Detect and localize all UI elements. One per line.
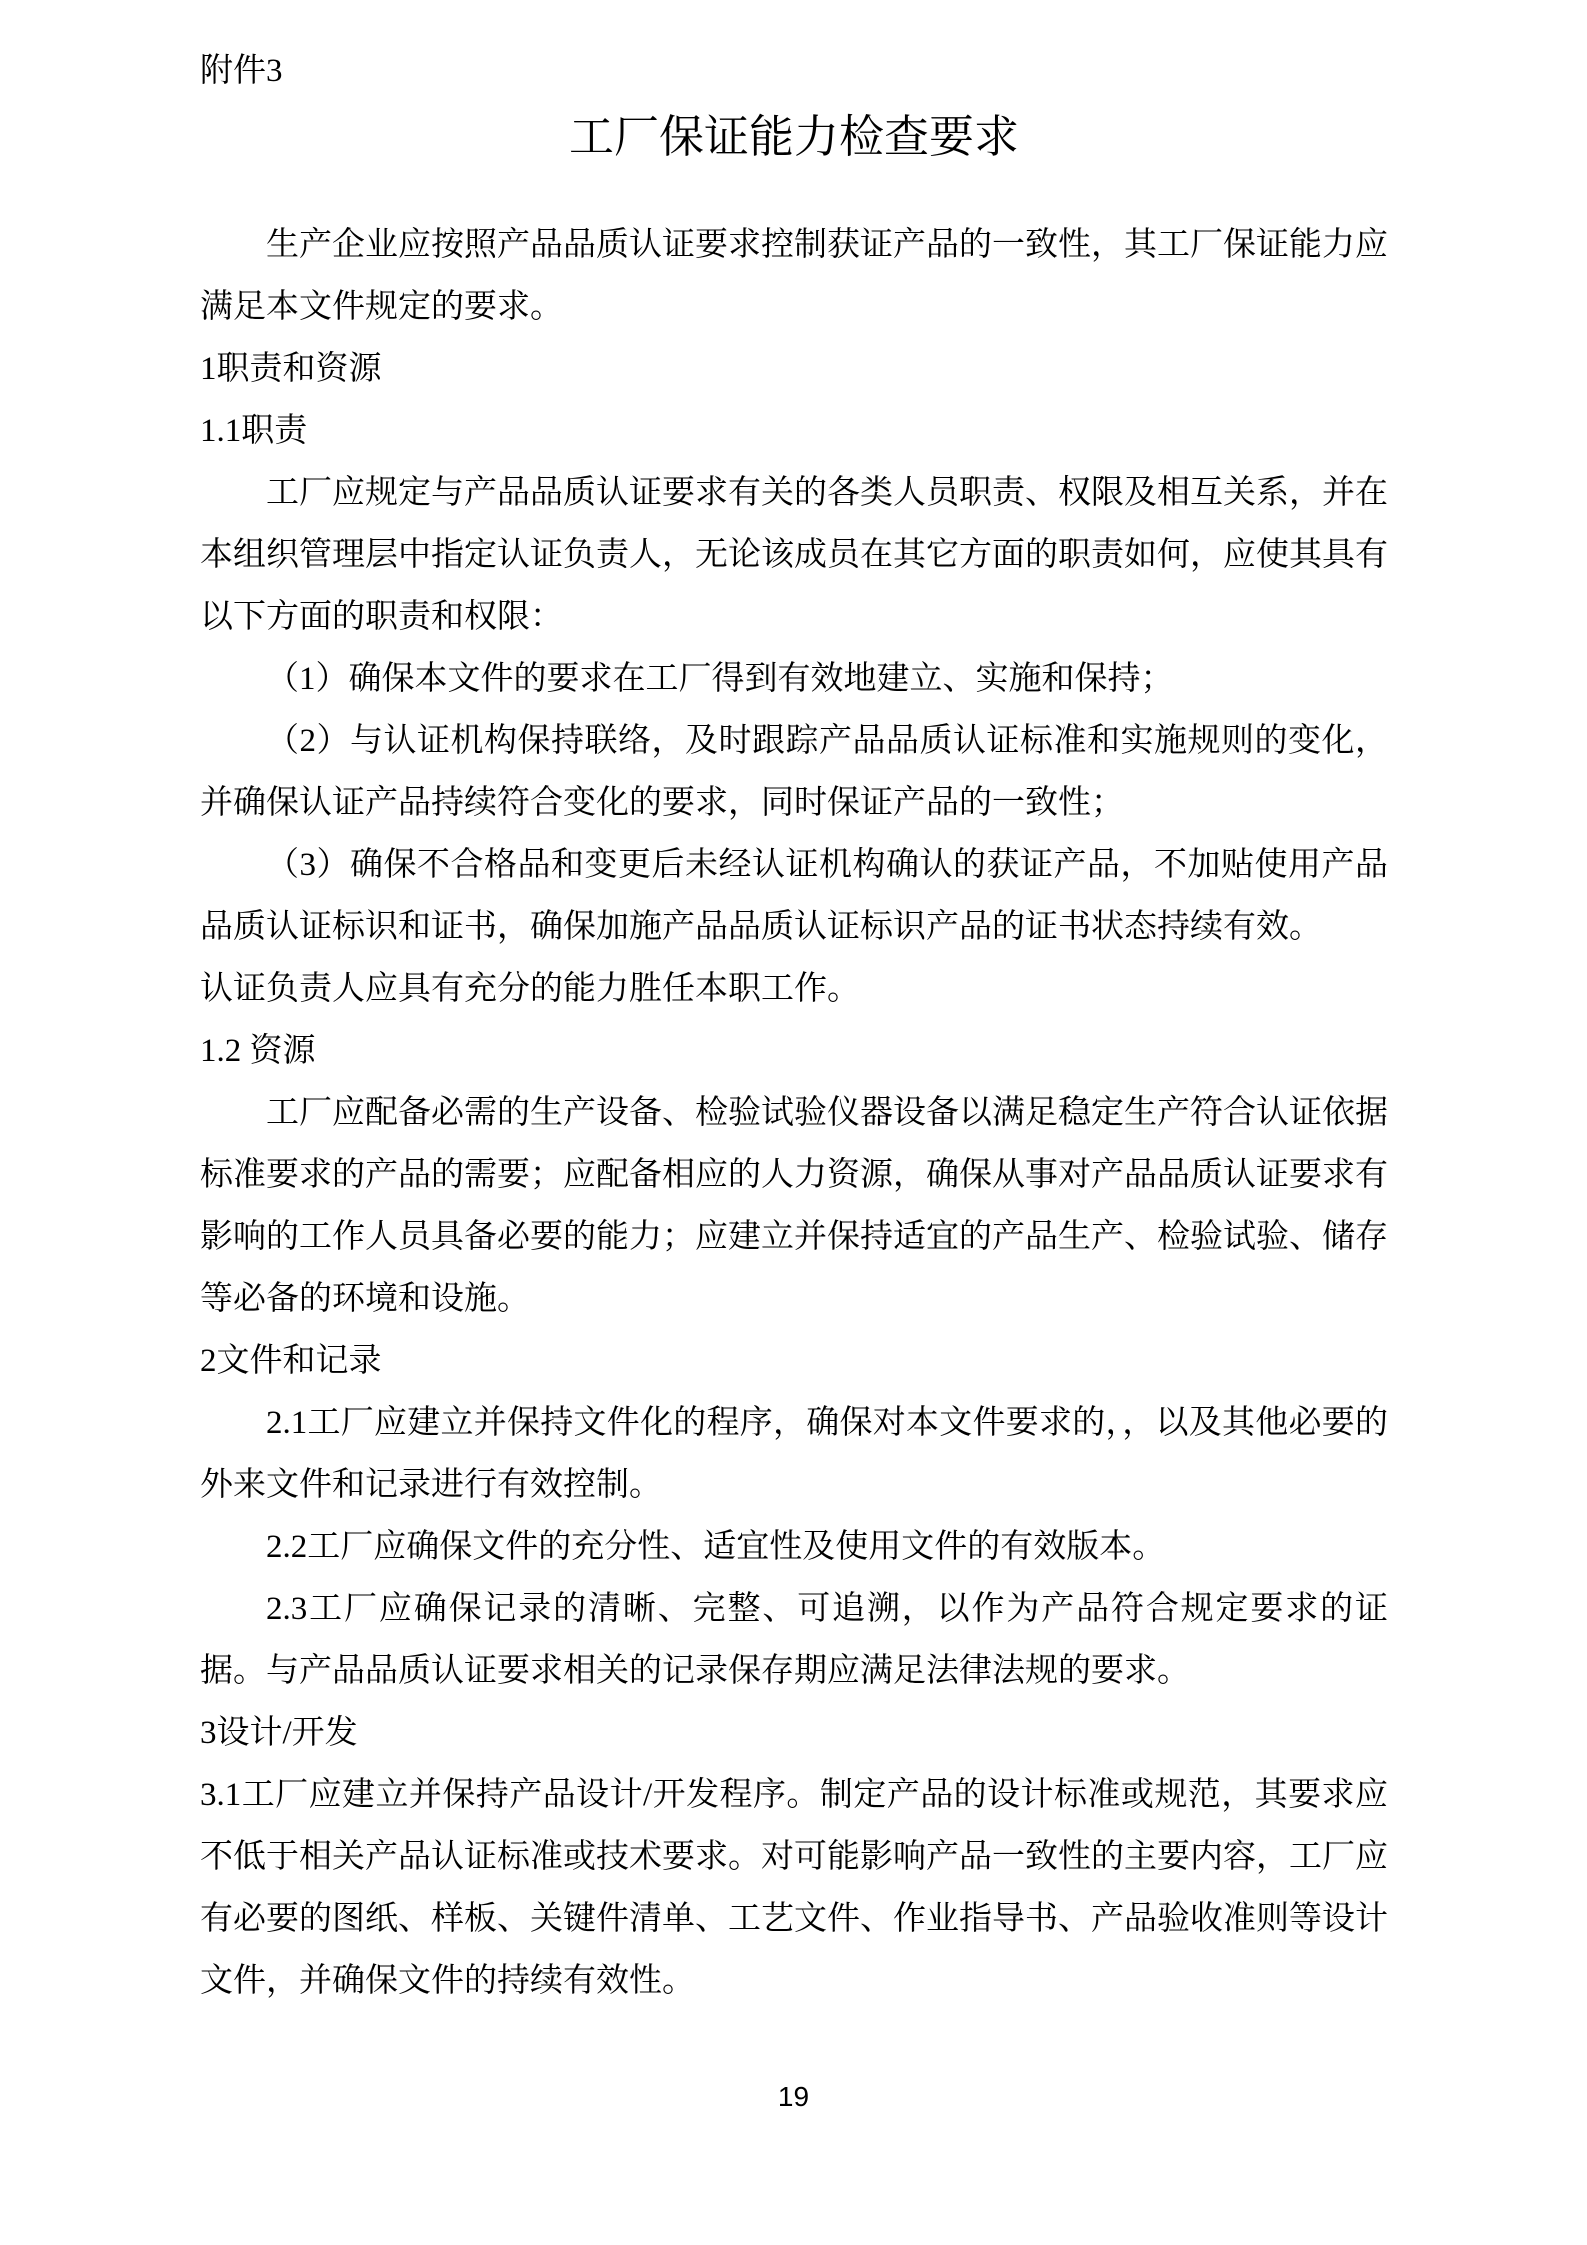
paragraph-3-1: 3.1工厂应建立并保持产品设计/开发程序。制定产品的设计标准或规范，其要求应不低… — [200, 1764, 1388, 2012]
paragraph-1-1-note: 认证负责人应具有充分的能力胜任本职工作。 — [200, 958, 1388, 1020]
heading-section-1: 1职责和资源 — [200, 338, 1388, 400]
paragraph-2-1: 2.1工厂应建立并保持文件化的程序，确保对本文件要求的，，以及其他必要的外来文件… — [200, 1392, 1388, 1516]
paragraph-2-3: 2.3工厂应确保记录的清晰、完整、可追溯，以作为产品符合规定要求的证据。与产品品… — [200, 1578, 1388, 1702]
paragraph-2-2: 2.2工厂应确保文件的充分性、适宜性及使用文件的有效版本。 — [200, 1516, 1388, 1578]
heading-section-1-2: 1.2 资源 — [200, 1020, 1388, 1082]
document-page: 附件3 工厂保证能力检查要求 生产企业应按照产品品质认证要求控制获证产品的一致性… — [0, 0, 1587, 2245]
document-title: 工厂保证能力检查要求 — [200, 102, 1388, 172]
paragraph-1-1-intro: 工厂应规定与产品品质认证要求有关的各类人员职责、权限及相互关系，并在本组织管理层… — [200, 462, 1388, 648]
attachment-label: 附件3 — [200, 40, 1388, 102]
heading-section-2: 2文件和记录 — [200, 1330, 1388, 1392]
paragraph-1-2: 工厂应配备必需的生产设备、检验试验仪器设备以满足稳定生产符合认证依据标准要求的产… — [200, 1082, 1388, 1330]
list-item-1: （1）确保本文件的要求在工厂得到有效地建立、实施和保持； — [200, 648, 1388, 710]
document-content: 附件3 工厂保证能力检查要求 生产企业应按照产品品质认证要求控制获证产品的一致性… — [200, 40, 1388, 2012]
page-number: 19 — [0, 2080, 1587, 2114]
list-item-2: （2）与认证机构保持联络，及时跟踪产品品质认证标准和实施规则的变化，并确保认证产… — [200, 710, 1388, 834]
document-body: 生产企业应按照产品品质认证要求控制获证产品的一致性，其工厂保证能力应满足本文件规… — [200, 214, 1388, 2012]
paragraph-intro: 生产企业应按照产品品质认证要求控制获证产品的一致性，其工厂保证能力应满足本文件规… — [200, 214, 1388, 338]
list-item-3: （3）确保不合格品和变更后未经认证机构确认的获证产品，不加贴使用产品品质认证标识… — [200, 834, 1388, 958]
heading-section-3: 3设计/开发 — [200, 1702, 1388, 1764]
heading-section-1-1: 1.1职责 — [200, 400, 1388, 462]
